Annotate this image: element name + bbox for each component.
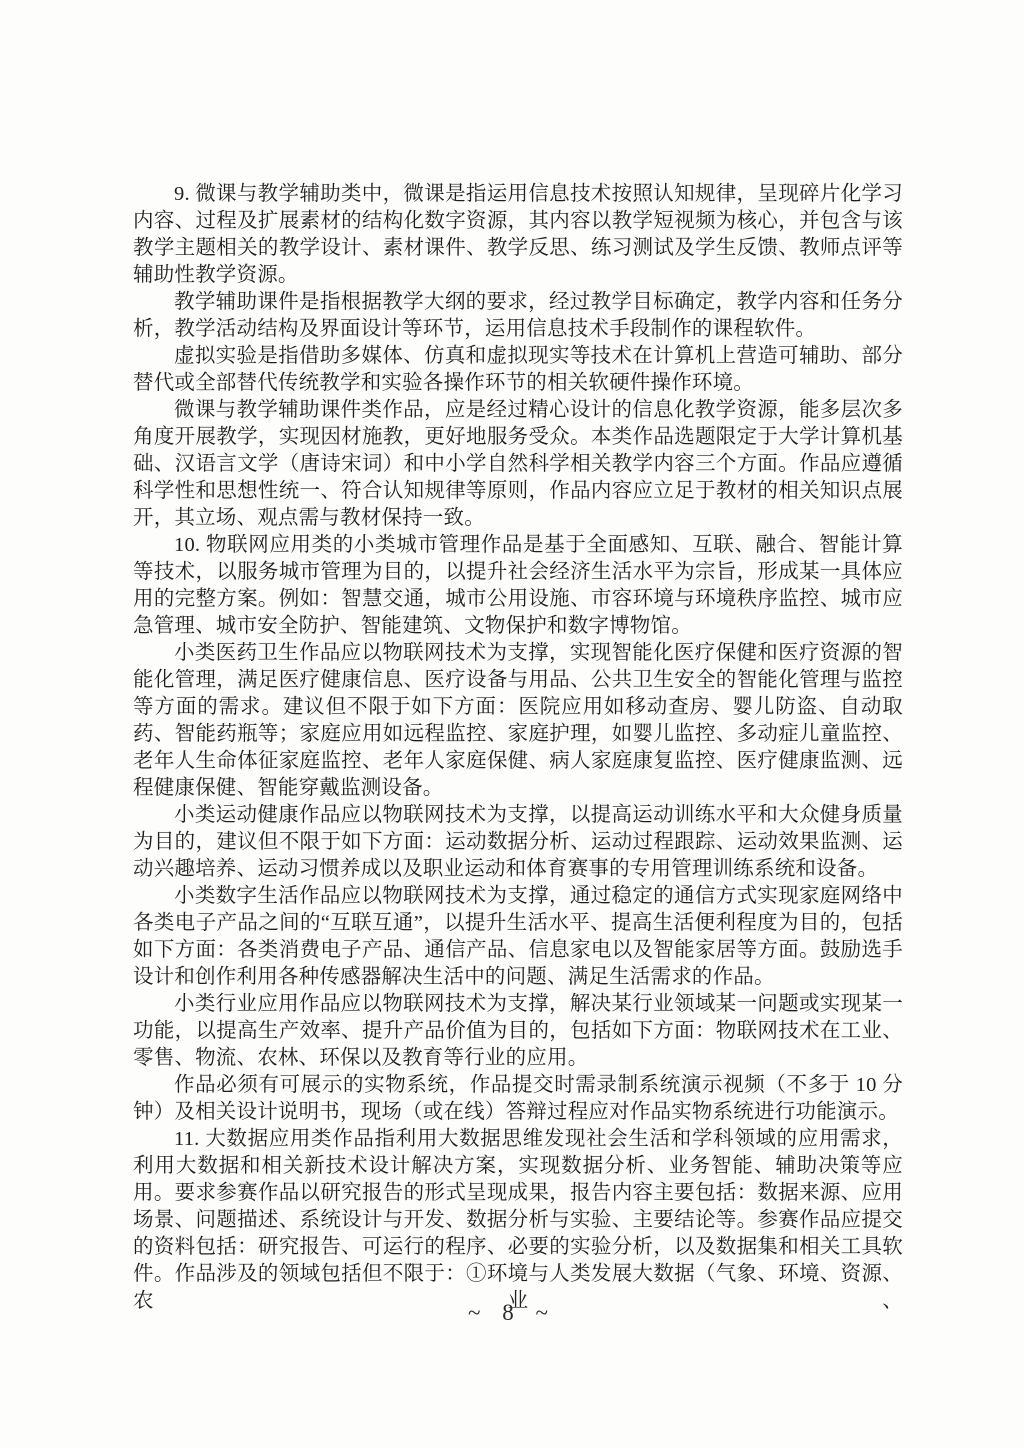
- document-body: 9. 微课与教学辅助类中，微课是指运用信息技术按照认知规律，呈现碎片化学习内容、…: [133, 181, 903, 1315]
- paragraph: 小类数字生活作品应以物联网技术为支撑，通过稳定的通信方式实现家庭网络中各类电子产…: [133, 883, 903, 991]
- page-footer: ~ 8 ~: [0, 1300, 1024, 1326]
- paragraph: 10. 物联网应用类的小类城市管理作品是基于全面感知、互联、融合、智能计算等技术…: [133, 532, 903, 640]
- paragraph: 9. 微课与教学辅助类中，微课是指运用信息技术按照认知规律，呈现碎片化学习内容、…: [133, 181, 903, 289]
- paragraph: 小类运动健康作品应以物联网技术为支撑，以提高运动训练水平和大众健身质量为目的，建…: [133, 802, 903, 883]
- paragraph: 11. 大数据应用类作品指利用大数据思维发现社会生活和学科领域的应用需求，利用大…: [133, 1126, 903, 1315]
- document-page: 9. 微课与教学辅助类中，微课是指运用信息技术按照认知规律，呈现碎片化学习内容、…: [0, 0, 1024, 1448]
- paragraph: 作品必须有可展示的实物系统，作品提交时需录制系统演示视频（不多于 10 分钟）及…: [133, 1072, 903, 1126]
- paragraph: 小类医药卫生作品应以物联网技术为支撑，实现智能化医疗保健和医疗资源的智能化管理，…: [133, 640, 903, 802]
- paragraph: 小类行业应用作品应以物联网技术为支撑，解决某行业领域某一问题或实现某一功能，以提…: [133, 991, 903, 1072]
- page-number: ~ 8 ~: [468, 1300, 556, 1325]
- paragraph: 教学辅助课件是指根据教学大纲的要求，经过教学目标确定，教学内容和任务分析，教学活…: [133, 289, 903, 343]
- paragraph: 微课与教学辅助课件类作品，应是经过精心设计的信息化教学资源，能多层次多角度开展教…: [133, 397, 903, 532]
- paragraph: 虚拟实验是指借助多媒体、仿真和虚拟现实等技术在计算机上营造可辅助、部分替代或全部…: [133, 343, 903, 397]
